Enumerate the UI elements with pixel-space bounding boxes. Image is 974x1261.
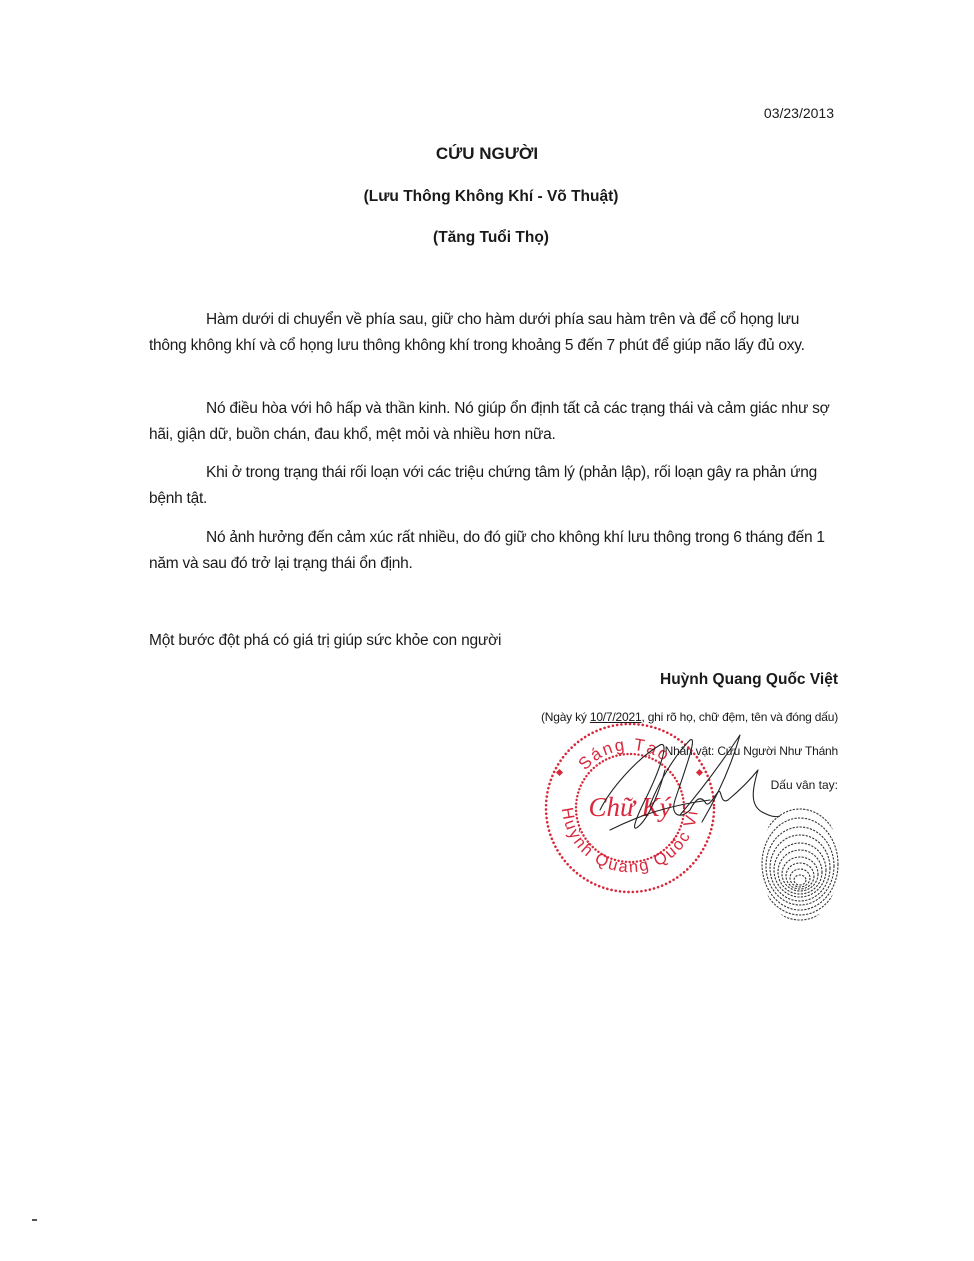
handwritten-signature (590, 730, 780, 850)
document-title: CỨU NGƯỜI (0, 144, 974, 164)
paragraph-text: Nó điều hòa với hô hấp và thần kinh. Nó … (149, 396, 839, 447)
scan-mark (32, 1219, 37, 1221)
document-subtitle-1: (Lưu Thông Không Khí - Võ Thuật) (0, 188, 974, 206)
paragraph-1: Hàm dưới di chuyển về phía sau, giữ cho … (149, 307, 839, 358)
closing-statement: Một bước đột phá có giá trị giúp sức khỏ… (149, 632, 501, 650)
document-subtitle-2: (Tăng Tuổi Thọ) (0, 229, 974, 247)
paragraph-2: Nó điều hòa với hô hấp và thần kinh. Nó … (149, 396, 839, 447)
fingerprint-image (758, 800, 842, 925)
paragraph-text: Hàm dưới di chuyển về phía sau, giữ cho … (149, 307, 839, 358)
paragraph-4: Nó ảnh hưởng đến cảm xúc rất nhiều, do đ… (149, 525, 839, 576)
author-name: Huỳnh Quang Quốc Việt (660, 671, 838, 689)
paragraph-text: Khi ở trong trạng thái rối loạn với các … (149, 460, 839, 511)
document-date: 03/23/2013 (764, 105, 834, 121)
paragraph-3: Khi ở trong trạng thái rối loạn với các … (149, 460, 839, 511)
paragraph-text: Nó ảnh hưởng đến cảm xúc rất nhiều, do đ… (149, 525, 839, 576)
fingerprint-label: Dấu vân tay: (771, 778, 838, 792)
